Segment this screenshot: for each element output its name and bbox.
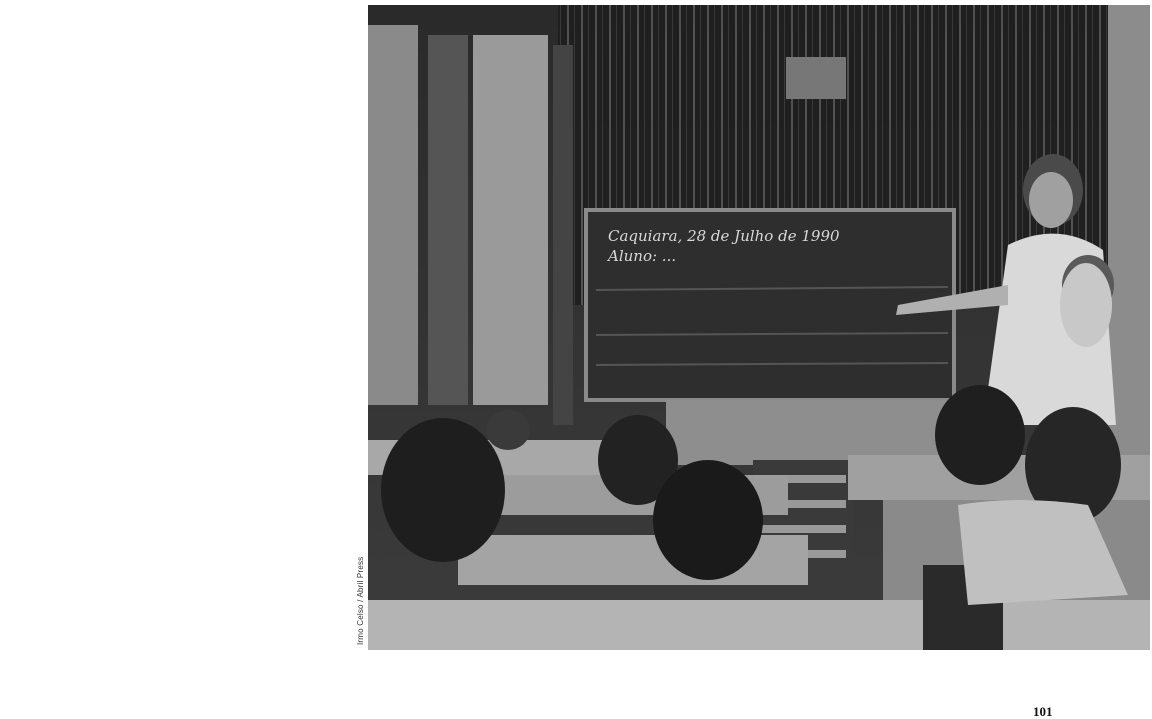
classroom-photo: Caquiara, 28 de Julho de 1990 Aluno: ... (368, 5, 1150, 650)
photo-credit: Irmo Celso / Abril Press (356, 557, 365, 645)
chalkboard-line-2: Aluno: ... (606, 247, 676, 265)
classroom-scene: Caquiara, 28 de Julho de 1990 Aluno: ... (368, 5, 1150, 650)
chalkboard-line-1: Caquiara, 28 de Julho de 1990 (608, 227, 840, 245)
page-number: 101 (1033, 704, 1053, 719)
